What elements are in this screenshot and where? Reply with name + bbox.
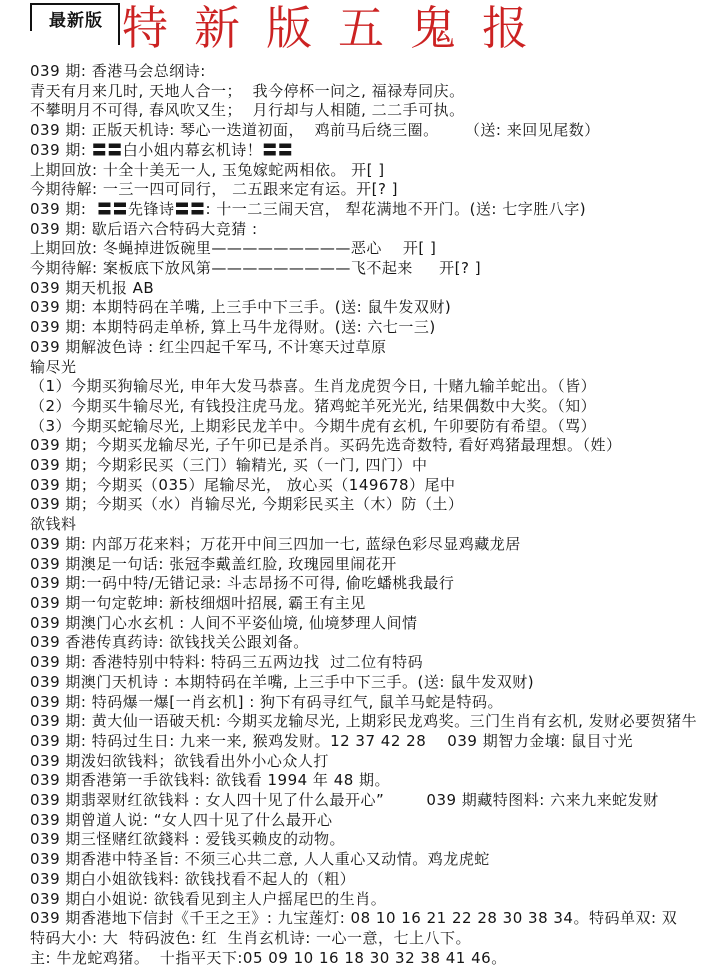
- report-line: 039 期: 香港特别中特料: 特码三五两边找 过二位有特码: [30, 653, 718, 673]
- report-line: 特码大小: 大 特码波色: 红 生肖玄机诗: 一心一意，七上八下。: [30, 929, 718, 949]
- report-line: 不攀明月不可得, 春风吹又生； 月行却与人相随, 二二手可执。: [30, 101, 718, 121]
- report-line: 039 期澳门心水玄机 : 人间不平姿仙境, 仙境梦理人间情: [30, 614, 718, 634]
- report-line: 039 期: 本期特码走单桥, 算上马牛龙得财。(送: 六七一三): [30, 318, 718, 338]
- report-line: 039 香港传真药诗: 欲钱找关公跟刘备。: [30, 633, 718, 653]
- report-line: 039 期；今期买（035）尾输尽光， 放心买（149678）尾中: [30, 476, 718, 496]
- five-ghost-report-page: 最新版 特新版五鬼报 039 期: 香港马会总纲诗:青天有月来几时, 天地人合一…: [0, 0, 718, 974]
- report-line: （1）今期买狗输尽光, 申年大发马恭喜。生肖龙虎贺今日, 十赌九输羊蛇出。（皆）: [30, 377, 718, 397]
- report-line: 039 期香港中特圣旨: 不须三心共二意, 人人重心又动情。鸡龙虎蛇: [30, 850, 718, 870]
- report-line: 039 期: 本期特码在羊嘴, 上三手中下三手。(送: 鼠牛发双财): [30, 298, 718, 318]
- report-line: 039 期: 歇后语六合特码大竞猜 :: [30, 220, 718, 240]
- report-line: 上期回放: 冬蝇掉进饭碗里—————————恶心 开[ ]: [30, 239, 718, 259]
- report-line: 039 期三怪赌红欲錢料 : 爱钱买赖皮的动物。: [30, 830, 718, 850]
- report-line: 输尽光: [30, 358, 718, 378]
- report-line: 039 期: 黄大仙一语破天机: 今期买龙输尽光, 上期彩民龙鸡奖。三门生肖有玄…: [30, 712, 718, 732]
- report-line: 今期待解: 案板底下放风第—————————飞不起来 开[? ]: [30, 259, 718, 279]
- report-line: 039 期白小姐说: 欲钱看见到主人户摇尾巴的生肖。: [30, 890, 718, 910]
- report-line: 今期待解: 一三一四可同行， 二五跟来定有运。开[? ]: [30, 180, 718, 200]
- report-header: 最新版 特新版五鬼报: [0, 0, 718, 62]
- report-body: 039 期: 香港马会总纲诗:青天有月来几时, 天地人合一； 我今停杯一问之, …: [0, 62, 718, 968]
- latest-edition-badge: 最新版: [30, 3, 120, 31]
- page-title: 特新版五鬼报: [122, 1, 554, 55]
- report-line: 039 期: 特码爆一爆[一肖玄机] : 狗下有码寻红气, 鼠羊马蛇是特码。: [30, 693, 718, 713]
- report-line: 039 期香港地下信封《千王之王》: 九宝莲灯: 08 10 16 21 22 …: [30, 909, 718, 929]
- report-line: 039 期: 内部万花来料；万花开中间三四加一七, 蓝绿色彩尽显鸡藏龙居: [30, 535, 718, 555]
- report-line: 039 期曾道人说: “女人四十见了什么最开心: [30, 811, 718, 831]
- report-line: 039 期: 香港马会总纲诗:: [30, 62, 718, 82]
- report-line: 039 期: 正版天机诗: 琴心一迭道初面， 鸡前马后绕三圈。 （送: 来回见尾…: [30, 121, 718, 141]
- report-line: 039 期: 〓〓白小姐内幕玄机诗！〓〓: [30, 141, 718, 161]
- report-line: （2）今期买牛输尽光, 有钱投注虎马龙。猪鸡蛇羊死光光, 结果偶数中大奖。（知）: [30, 397, 718, 417]
- report-line: 青天有月来几时, 天地人合一； 我今停杯一问之, 福禄寿同庆。: [30, 82, 718, 102]
- report-line: 039 期；今期彩民买（三门）输精光, 买（一门, 四门）中: [30, 456, 718, 476]
- report-line: 039 期香港第一手欲钱料: 欲钱看 1994 年 48 期。: [30, 771, 718, 791]
- report-line: 039 期泼妇欲钱料；欲钱看出外小心众人打: [30, 752, 718, 772]
- report-line: 039 期: 特码过生日: 九来一来, 猴鸡发财。12 37 42 28 039…: [30, 732, 718, 752]
- report-line: 欲钱料: [30, 515, 718, 535]
- report-line: 039 期；今期买龙输尽光, 子午卯已是杀肖。买码先选奇数特, 看好鸡猪最理想。…: [30, 436, 718, 456]
- badge-divider-line: [118, 3, 120, 45]
- report-line: 039 期；今期买（水）肖输尽光, 今期彩民买主（木）防（土）: [30, 495, 718, 515]
- report-line: 039 期:一码中特/无错记录: 斗志昂扬不可得, 偷吃蟠桃我最行: [30, 574, 718, 594]
- report-line: 039 期: 〓〓先锋诗〓〓: 十一二三闹天宫， 犁花满地不开门。(送: 七字胜…: [30, 200, 718, 220]
- report-line: 039 期解波色诗 : 红尘四起千军马, 不计寒天过草原: [30, 338, 718, 358]
- report-line: 039 期翡翠财红欲钱料 : 女人四十见了什么最开心” 039 期藏特图料: 六…: [30, 791, 718, 811]
- report-line: 上期回放: 十全十美无一人, 玉兔嫁蛇两相依。 开[ ]: [30, 161, 718, 181]
- latest-edition-label: 最新版: [49, 6, 103, 31]
- report-line: 039 期白小姐欲钱料: 欲钱找看不起人的（粗）: [30, 870, 718, 890]
- report-line: 039 期一句定乾坤: 新枝细烟叶招展, 霸王有主见: [30, 594, 718, 614]
- report-line: 主: 牛龙蛇鸡猪。 十指平天下:05 09 10 16 18 30 32 38 …: [30, 949, 718, 969]
- report-line: 039 期天机报 AB: [30, 279, 718, 299]
- report-line: 039 期澳门天机诗 : 本期特码在羊嘴, 上三手中下三手。(送: 鼠牛发双财): [30, 673, 718, 693]
- report-line: （3）今期买蛇输尽光, 上期彩民龙羊中。今期牛虎有玄机, 午卯要防有希望。（骂）: [30, 417, 718, 437]
- report-line: 039 期澳足一句话: 张冠李戴盖红脸, 玫瑰园里闹花开: [30, 555, 718, 575]
